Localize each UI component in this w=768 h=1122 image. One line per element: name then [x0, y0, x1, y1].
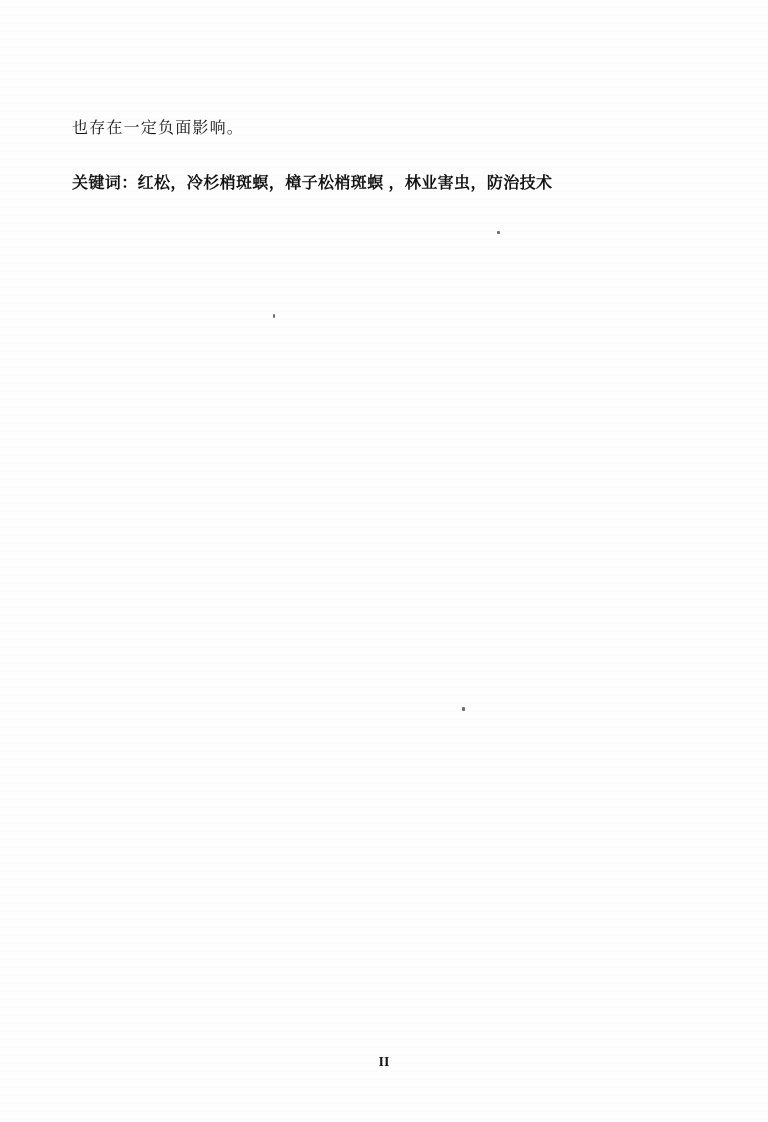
body-text-line: 也存在一定负面影响。: [72, 115, 244, 138]
scan-speck: [462, 707, 465, 711]
document-page: 也存在一定负面影响。 关键词：红松，冷杉梢斑螟，樟子松梢斑螟 ，林业害虫，防治技…: [0, 0, 768, 1122]
scan-speck: [497, 231, 500, 234]
keywords-line: 关键词：红松，冷杉梢斑螟，樟子松梢斑螟 ，林业害虫，防治技术: [72, 170, 552, 193]
scan-speck: [273, 314, 275, 318]
page-number: II: [0, 1055, 768, 1071]
